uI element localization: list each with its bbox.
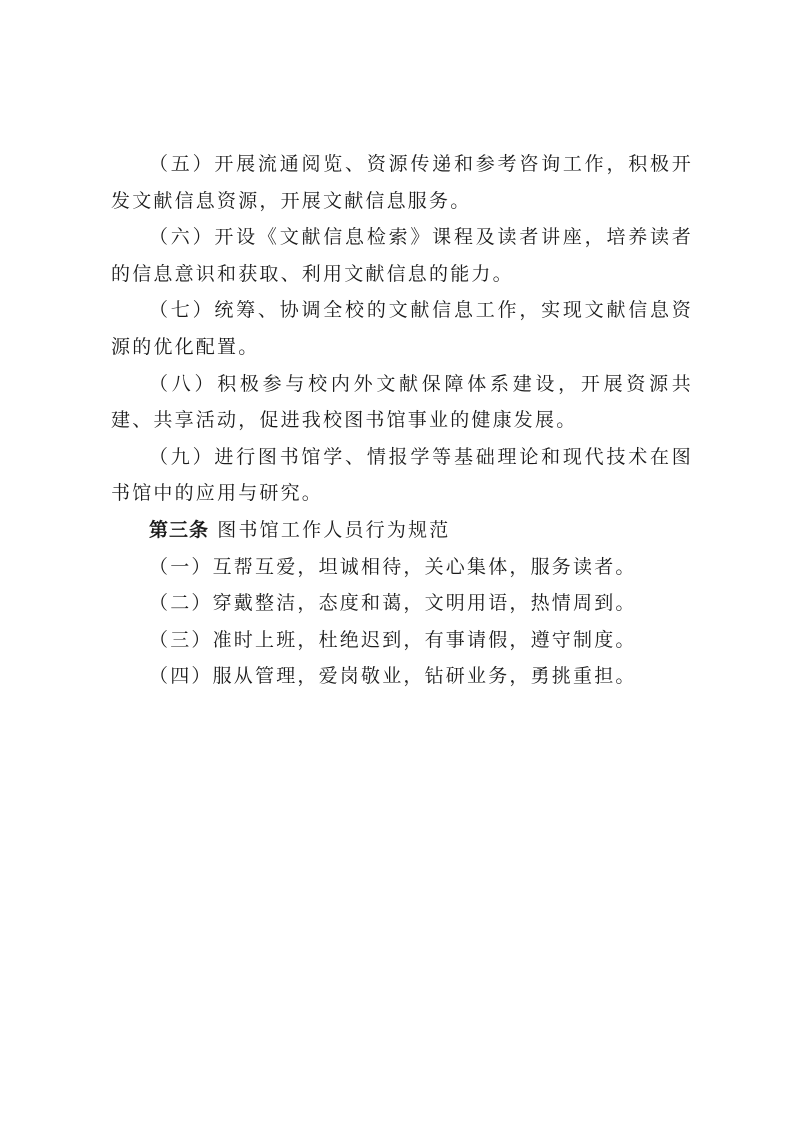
paragraph-6: （六）开设《文献信息检索》课程及读者讲座，培养读者的信息意识和获取、利用文献信息…: [111, 219, 693, 292]
document-page: （五）开展流通阅览、资源传递和参考咨询工作，积极开发文献信息资源，开展文献信息服…: [111, 146, 693, 695]
item-text: 互帮互爱，坦诚相待，关心集体，服务读者。: [213, 556, 637, 578]
item-label: （四）: [149, 665, 213, 687]
paragraph-label: （七）: [149, 299, 214, 321]
conduct-item-4: （四）服从管理，爱岗敬业，钻研业务，勇挑重担。: [111, 658, 693, 695]
conduct-item-3: （三）准时上班，杜绝迟到，有事请假，遵守制度。: [111, 622, 693, 659]
item-text: 准时上班，杜绝迟到，有事请假，遵守制度。: [213, 629, 637, 651]
conduct-item-2: （二）穿戴整洁，态度和蔼，文明用语，热情周到。: [111, 585, 693, 622]
paragraph-label: （九）: [149, 446, 214, 468]
article-3-heading: 第三条 图书馆工作人员行为规范: [111, 512, 693, 549]
item-text: 服从管理，爱岗敬业，钻研业务，勇挑重担。: [213, 665, 637, 687]
paragraph-label: （五）: [149, 153, 214, 175]
paragraph-label: （六）: [149, 226, 214, 248]
item-label: （一）: [149, 556, 213, 578]
item-text: 穿戴整洁，态度和蔼，文明用语，热情周到。: [213, 592, 637, 614]
article-label: 第三条: [149, 519, 209, 541]
item-label: （二）: [149, 592, 213, 614]
paragraph-5: （五）开展流通阅览、资源传递和参考咨询工作，积极开发文献信息资源，开展文献信息服…: [111, 146, 693, 219]
article-title: 图书馆工作人员行为规范: [217, 519, 450, 541]
paragraph-7: （七）统筹、协调全校的文献信息工作，实现文献信息资源的优化配置。: [111, 292, 693, 365]
item-label: （三）: [149, 629, 213, 651]
conduct-item-1: （一）互帮互爱，坦诚相待，关心集体，服务读者。: [111, 549, 693, 586]
paragraph-8: （八）积极参与校内外文献保障体系建设，开展资源共建、共享活动，促进我校图书馆事业…: [111, 366, 693, 439]
paragraph-9: （九）进行图书馆学、情报学等基础理论和现代技术在图书馆中的应用与研究。: [111, 439, 693, 512]
paragraph-label: （八）: [149, 373, 217, 395]
